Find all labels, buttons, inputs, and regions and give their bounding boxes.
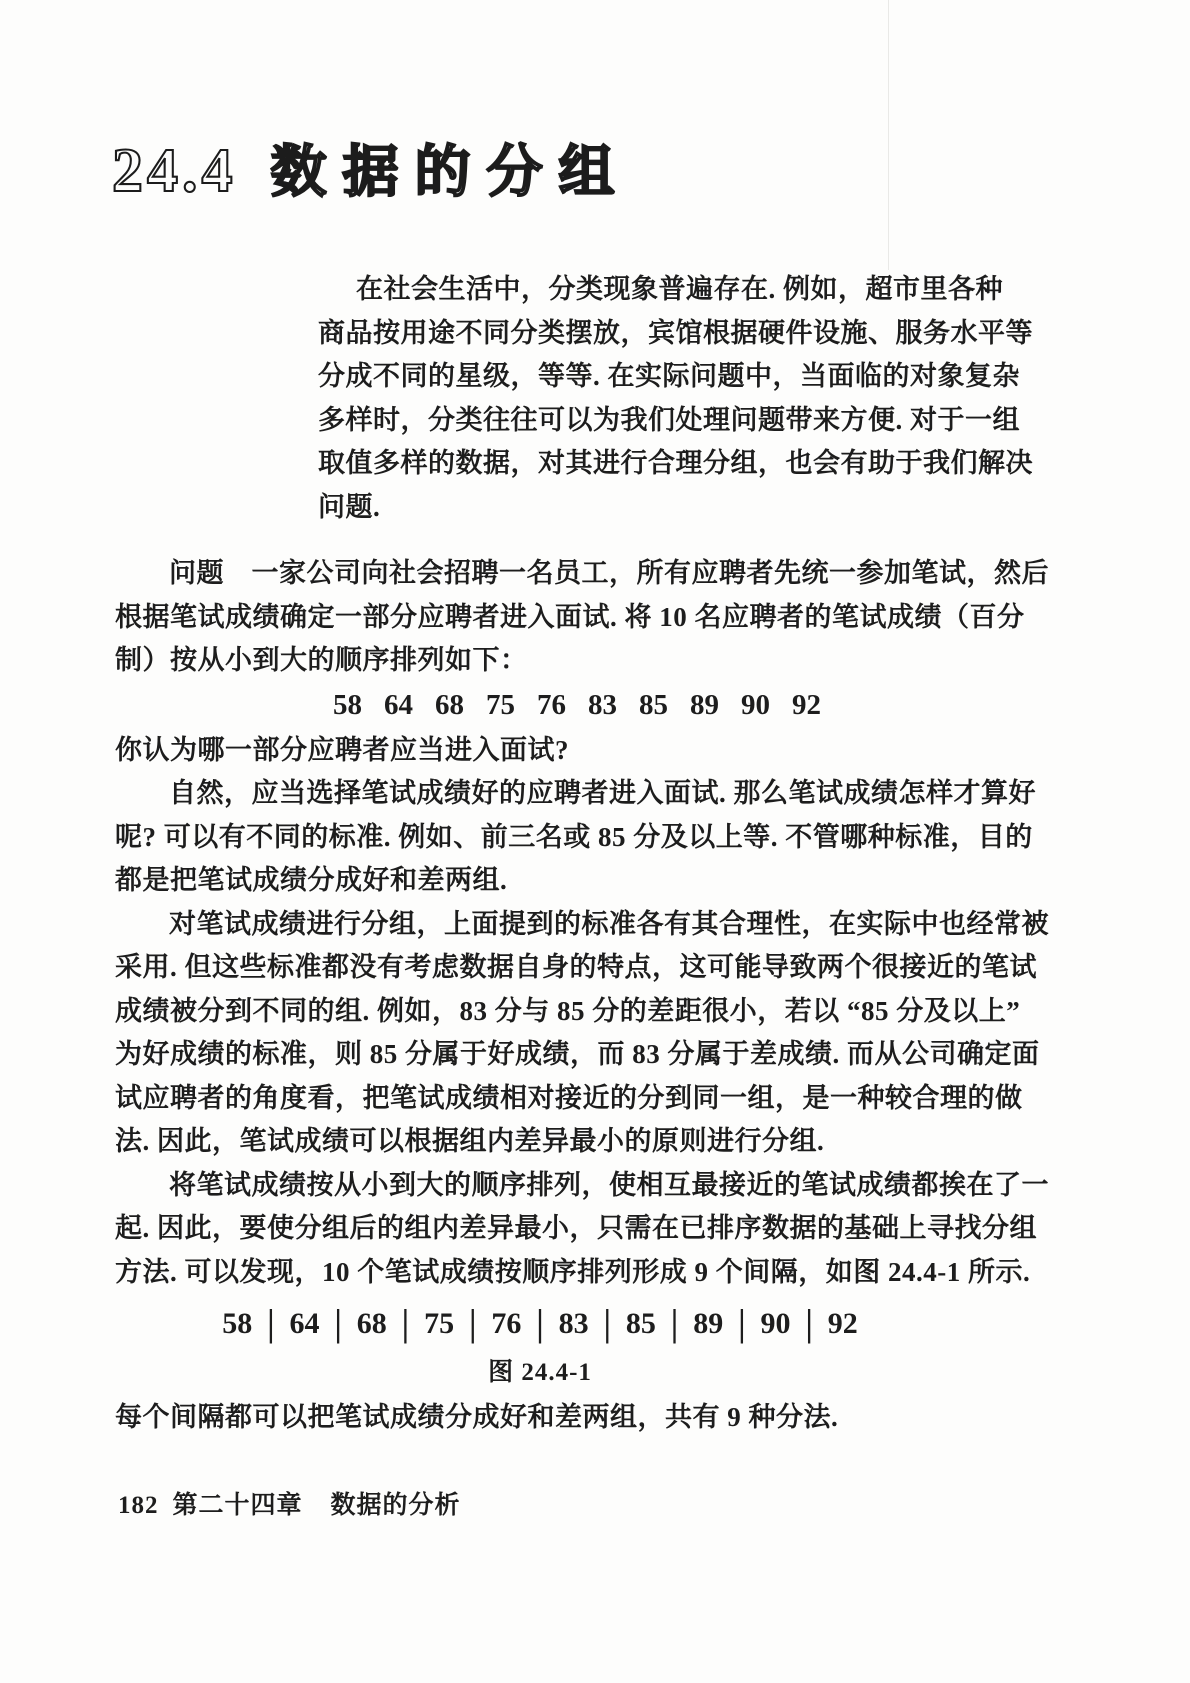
intro-paragraph: 在社会生活中，分类现象普遍存在. 例如，超市里各种 商品按用途不同分类摆放，宾馆… <box>318 268 978 529</box>
page-footer: 182第二十四章数据的分析 <box>118 1485 461 1521</box>
score-value: 90 <box>741 689 770 722</box>
score-value: 92 <box>792 689 821 722</box>
closing-line: 每个间隔都可以把笔试成绩分成好和差两组，共有 9 种分法. <box>115 1396 965 1440</box>
section-title: 数据的分组 <box>271 142 631 204</box>
score-value: 83 <box>588 689 617 722</box>
interval-separator: | <box>267 1303 274 1346</box>
interval-separator: | <box>536 1303 543 1346</box>
text-line: 制）按从小到大的顺序排列如下： <box>115 639 965 683</box>
score-value: 58 <box>222 1307 252 1341</box>
score-value: 89 <box>693 1307 723 1341</box>
interval-separator: | <box>469 1303 476 1346</box>
text-line: 起. 因此，要使分组后的组内差异最小，只需在已排序数据的基础上寻找分组 <box>115 1207 965 1251</box>
score-value: 76 <box>537 689 566 722</box>
interval-separator: | <box>805 1303 812 1346</box>
question-line: 你认为哪一部分应聘者应当进入面试? <box>115 729 965 773</box>
scan-artifact-line <box>888 0 889 270</box>
text-line: 分成不同的星级，等等. 在实际问题中，当面临的对象复杂 <box>318 355 978 399</box>
section-number: 24.4 <box>112 137 237 205</box>
book-section-title: 数据的分析 <box>331 1492 461 1519</box>
score-value: 83 <box>559 1307 589 1341</box>
score-value: 85 <box>626 1307 656 1341</box>
text-line: 商品按用途不同分类摆放，宾馆根据硬件设施、服务水平等 <box>318 312 978 356</box>
score-value: 75 <box>486 689 515 722</box>
text-line: 呢? 可以有不同的标准. 例如、前三名或 85 分及以上等. 不管哪种标准，目的 <box>115 816 965 860</box>
score-value: 90 <box>760 1307 790 1341</box>
text-line: 将笔试成绩按从小到大的顺序排列，使相互最接近的笔试成绩都挨在了一 <box>115 1164 965 1208</box>
text-line: 根据笔试成绩确定一部分应聘者进入面试. 将 10 名应聘者的笔试成绩（百分 <box>115 596 965 640</box>
interval-separator: | <box>738 1303 745 1346</box>
score-value: 92 <box>828 1307 858 1341</box>
text-line: 采用. 但这些标准都没有考虑数据自身的特点，这可能导致两个很接近的笔试 <box>115 946 965 990</box>
figure-caption: 图 24.4-1 <box>115 1350 965 1396</box>
page-number: 182 <box>118 1492 159 1519</box>
score-value: 64 <box>290 1307 320 1341</box>
interval-separator: | <box>335 1303 342 1346</box>
text-line: 多样时，分类往往可以为我们处理问题带来方便. 对于一组 <box>318 399 978 443</box>
score-value: 68 <box>357 1307 387 1341</box>
natural-paragraph: 自然，应当选择笔试成绩好的应聘者进入面试. 那么笔试成绩怎样才算好 呢? 可以有… <box>115 772 965 903</box>
text-line: 问题. <box>318 486 978 530</box>
score-value: 75 <box>424 1307 454 1341</box>
text-line: 方法. 可以发现，10 个笔试成绩按顺序排列形成 9 个间隔，如图 24.4-1… <box>115 1251 965 1295</box>
section-heading: 24.4数据的分组 <box>112 128 631 208</box>
problem-paragraph: 问题 一家公司向社会招聘一名员工，所有应聘者先统一参加笔试，然后 根据笔试成绩确… <box>115 552 965 683</box>
chapter-label: 第二十四章 <box>173 1492 303 1519</box>
sorted-scores-row: 58646875768385899092 <box>115 683 965 729</box>
figure-intervals-row: 58|64|68|75|76|83|85|89|90|92 <box>115 1298 965 1350</box>
textbook-page: 24.4数据的分组 在社会生活中，分类现象普遍存在. 例如，超市里各种 商品按用… <box>0 0 1190 1683</box>
grouping-paragraph: 对笔试成绩进行分组，上面提到的标准各有其合理性，在实际中也经常被 采用. 但这些… <box>115 903 965 1164</box>
score-value: 76 <box>491 1307 521 1341</box>
text-line: 对笔试成绩进行分组，上面提到的标准各有其合理性，在实际中也经常被 <box>115 903 965 947</box>
interval-separator: | <box>604 1303 611 1346</box>
text-line: 在社会生活中，分类现象普遍存在. 例如，超市里各种 <box>318 268 978 312</box>
interval-separator: | <box>671 1303 678 1346</box>
score-value: 89 <box>690 689 719 722</box>
text-line: 试应聘者的角度看，把笔试成绩相对接近的分到同一组，是一种较合理的做 <box>115 1077 965 1121</box>
text-line: 成绩被分到不同的组. 例如，83 分与 85 分的差距很小，若以 “85 分及以… <box>115 990 965 1034</box>
sorting-paragraph: 将笔试成绩按从小到大的顺序排列，使相互最接近的笔试成绩都挨在了一 起. 因此，要… <box>115 1164 965 1295</box>
text-line: 法. 因此，笔试成绩可以根据组内差异最小的原则进行分组. <box>115 1120 965 1164</box>
score-value: 68 <box>435 689 464 722</box>
score-value: 85 <box>639 689 668 722</box>
score-value: 58 <box>333 689 362 722</box>
score-value: 64 <box>384 689 413 722</box>
text-line: 取值多样的数据，对其进行合理分组，也会有助于我们解决 <box>318 442 978 486</box>
text-line: 问题 一家公司向社会招聘一名员工，所有应聘者先统一参加笔试，然后 <box>115 552 965 596</box>
text-line: 为好成绩的标准，则 85 分属于好成绩，而 83 分属于差成绩. 而从公司确定面 <box>115 1033 965 1077</box>
main-text-column: 问题 一家公司向社会招聘一名员工，所有应聘者先统一参加笔试，然后 根据笔试成绩确… <box>115 552 965 1440</box>
text-line: 自然，应当选择笔试成绩好的应聘者进入面试. 那么笔试成绩怎样才算好 <box>115 772 965 816</box>
interval-separator: | <box>402 1303 409 1346</box>
text-line: 都是把笔试成绩分成好和差两组. <box>115 859 965 903</box>
